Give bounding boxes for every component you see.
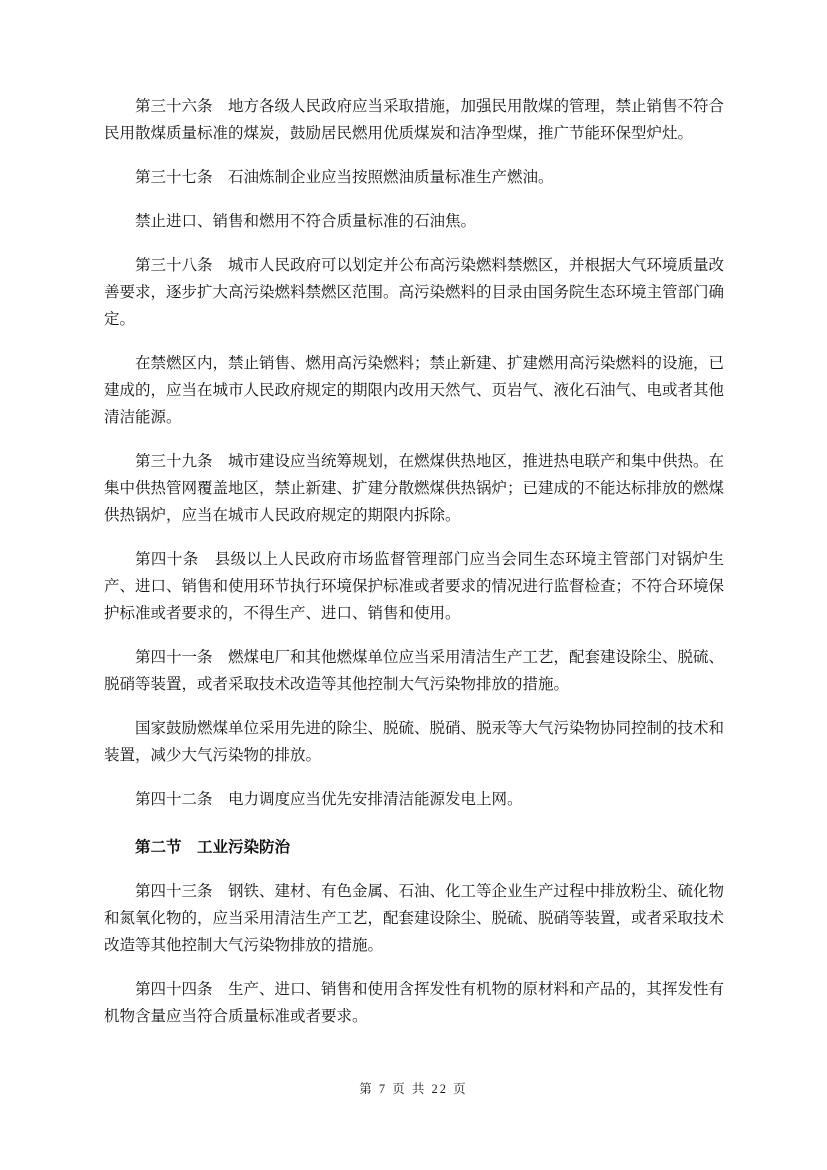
article-paragraph: 第四十一条 燃煤电厂和其他燃煤单位应当采用清洁生产工艺，配套建设除尘、脱硫、脱硝…: [104, 644, 724, 698]
article-paragraph: 第三十八条 城市人民政府可以划定并公布高污染燃料禁燃区，并根据大气环境质量改善要…: [104, 252, 724, 333]
article-paragraph: 第三十七条 石油炼制企业应当按照燃油质量标准生产燃油。: [104, 164, 724, 191]
document-body: 第三十六条 地方各级人民政府应当采取措施，加强民用散煤的管理，禁止销售不符合民用…: [104, 0, 724, 1030]
page-footer: 第 7 页 共 22 页: [0, 1080, 827, 1098]
document-page: 第三十六条 地方各级人民政府应当采取措施，加强民用散煤的管理，禁止销售不符合民用…: [0, 0, 827, 1170]
page-number-text: 第 7 页 共 22 页: [359, 1082, 467, 1096]
article-paragraph: 第三十九条 城市建设应当统筹规划，在燃煤供热地区，推进热电联产和集中供热。在集中…: [104, 448, 724, 529]
article-paragraph: 第四十二条 电力调度应当优先安排清洁能源发电上网。: [104, 786, 724, 813]
section-heading: 第二节 工业污染防治: [104, 834, 724, 861]
article-paragraph: 第四十三条 钢铁、建材、有色金属、石油、化工等企业生产过程中排放粉尘、硫化物和氮…: [104, 878, 724, 959]
article-paragraph: 第四十条 县级以上人民政府市场监督管理部门应当会同生态环境主管部门对锅炉生产、进…: [104, 546, 724, 627]
article-paragraph: 第四十四条 生产、进口、销售和使用含挥发性有机物的原材料和产品的，其挥发性有机物…: [104, 976, 724, 1030]
article-paragraph: 国家鼓励燃煤单位采用先进的除尘、脱硫、脱硝、脱汞等大气污染物协同控制的技术和装置…: [104, 715, 724, 769]
article-paragraph: 第三十六条 地方各级人民政府应当采取措施，加强民用散煤的管理，禁止销售不符合民用…: [104, 93, 724, 147]
article-paragraph: 禁止进口、销售和燃用不符合质量标准的石油焦。: [104, 208, 724, 235]
article-paragraph: 在禁燃区内，禁止销售、燃用高污染燃料；禁止新建、扩建燃用高污染燃料的设施，已建成…: [104, 350, 724, 431]
